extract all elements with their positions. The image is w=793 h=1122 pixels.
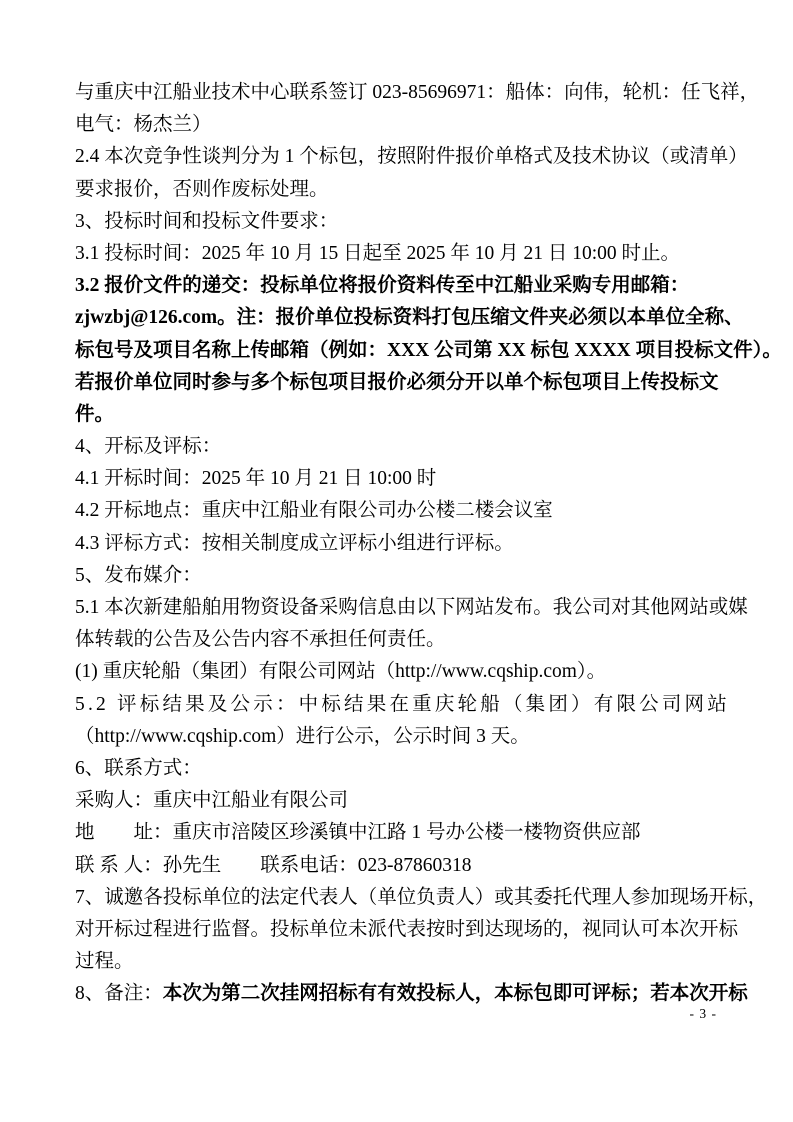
document-line: 与重庆中江船业技术中心联系签订 023-85696971：船体：向伟，轮机：任飞… bbox=[75, 77, 720, 109]
document-text: 3.1 投标时间：2025 年 10 月 15 日起至 2025 年 10 月 … bbox=[75, 243, 680, 264]
document-line: 7、诚邀各投标单位的法定代表人（单位负责人）或其委托代理人参加现场开标， bbox=[75, 882, 720, 914]
document-text-bold: zjwzbj@126.com。注：报价单位投标资料打包压缩文件夹必须以本单位全称… bbox=[75, 307, 744, 328]
document-text: (1) 重庆轮船（集团）有限公司网站（http://www.cqship.com… bbox=[75, 661, 606, 682]
document-line: 要求报价，否则作废标处理。 bbox=[75, 174, 720, 206]
document-line: 4.2 开标地点：重庆中江船业有限公司办公楼二楼会议室 bbox=[75, 495, 720, 527]
document-line: 4、开标及评标： bbox=[75, 431, 720, 463]
document-text: 3、投标时间和投标文件要求： bbox=[75, 211, 338, 232]
document-line: 电气：杨杰兰） bbox=[75, 109, 720, 141]
document-text-bold: 若报价单位同时参与多个标包项目报价必须分开以单个标包项目上传投标文 bbox=[75, 372, 719, 393]
document-page: 与重庆中江船业技术中心联系签订 023-85696971：船体：向伟，轮机：任飞… bbox=[0, 0, 793, 1122]
document-line: 标包号及项目名称上传邮箱（例如：XXX 公司第 XX 标包 XXXX 项目投标文… bbox=[75, 335, 720, 367]
document-text: 采购人：重庆中江船业有限公司 bbox=[75, 790, 348, 811]
document-text: 6、联系方式： bbox=[75, 758, 202, 779]
document-line: 2.4 本次竞争性谈判分为 1 个标包，按照附件报价单格式及技术协议（或清单） bbox=[75, 141, 720, 173]
document-line: 采购人：重庆中江船业有限公司 bbox=[75, 785, 720, 817]
document-line: 3.1 投标时间：2025 年 10 月 15 日起至 2025 年 10 月 … bbox=[75, 238, 720, 270]
document-line: 3.2 报价文件的递交：投标单位将报价资料传至中江船业采购专用邮箱： bbox=[75, 270, 720, 302]
document-text: 4.2 开标地点：重庆中江船业有限公司办公楼二楼会议室 bbox=[75, 500, 553, 521]
document-text-bold: 标包号及项目名称上传邮箱（例如：XXX 公司第 XX 标包 XXXX 项目投标文… bbox=[75, 340, 782, 361]
document-text: （http://www.cqship.com）进行公示，公示时间 3 天。 bbox=[75, 726, 530, 747]
document-text-bold: 件。 bbox=[75, 404, 114, 425]
document-line: zjwzbj@126.com。注：报价单位投标资料打包压缩文件夹必须以本单位全称… bbox=[75, 302, 720, 334]
document-text: 联 系 人：孙先生 联系电话：023-87860318 bbox=[75, 855, 472, 876]
document-line: 5.1 本次新建船舶用物资设备采购信息由以下网站发布。我公司对其他网站或媒 bbox=[75, 592, 720, 624]
document-text: 地 址：重庆市涪陵区珍溪镇中江路 1 号办公楼一楼物资供应部 bbox=[75, 822, 641, 843]
document-text-bold: 本次为第二次挂网招标有有效投标人，本标包即可评标；若本次开标 bbox=[163, 983, 748, 1004]
document-line: 过程。 bbox=[75, 946, 720, 978]
page-number: - 3 - bbox=[690, 1004, 718, 1024]
document-line: 3、投标时间和投标文件要求： bbox=[75, 206, 720, 238]
document-line: 8、备注：本次为第二次挂网招标有有效投标人，本标包即可评标；若本次开标 bbox=[75, 978, 720, 1010]
document-line: (1) 重庆轮船（集团）有限公司网站（http://www.cqship.com… bbox=[75, 656, 720, 688]
document-line: 体转载的公告及公告内容不承担任何责任。 bbox=[75, 624, 720, 656]
document-text: 与重庆中江船业技术中心联系签订 023-85696971：船体：向伟，轮机：任飞… bbox=[75, 82, 759, 103]
document-line: 4.1 开标时间：2025 年 10 月 21 日 10:00 时 bbox=[75, 463, 720, 495]
document-text: 5.2 评标结果及公示：中标结果在重庆轮船（集团）有限公司网站 bbox=[75, 694, 730, 715]
document-text: 过程。 bbox=[75, 951, 134, 972]
document-text-bold: 3.2 报价文件的递交：投标单位将报价资料传至中江船业采购专用邮箱： bbox=[75, 275, 689, 296]
document-line: 对开标过程进行监督。投标单位未派代表按时到达现场的，视同认可本次开标 bbox=[75, 914, 720, 946]
document-line: 6、联系方式： bbox=[75, 753, 720, 785]
document-text: 5.1 本次新建船舶用物资设备采购信息由以下网站发布。我公司对其他网站或媒 bbox=[75, 597, 748, 618]
document-text: 要求报价，否则作废标处理。 bbox=[75, 179, 329, 200]
document-line: （http://www.cqship.com）进行公示，公示时间 3 天。 bbox=[75, 721, 720, 753]
document-text: 2.4 本次竞争性谈判分为 1 个标包，按照附件报价单格式及技术协议（或清单） bbox=[75, 146, 748, 167]
document-line: 5.2 评标结果及公示：中标结果在重庆轮船（集团）有限公司网站 bbox=[75, 689, 720, 721]
document-line: 4.3 评标方式：按相关制度成立评标小组进行评标。 bbox=[75, 528, 720, 560]
document-line: 5、发布媒介： bbox=[75, 560, 720, 592]
document-text: 8、备注： bbox=[75, 983, 163, 1004]
document-text: 4.1 开标时间：2025 年 10 月 21 日 10:00 时 bbox=[75, 468, 436, 489]
document-text: 5、发布媒介： bbox=[75, 565, 202, 586]
document-text: 4.3 评标方式：按相关制度成立评标小组进行评标。 bbox=[75, 533, 514, 554]
document-line: 件。 bbox=[75, 399, 720, 431]
document-text: 体转载的公告及公告内容不承担任何责任。 bbox=[75, 629, 446, 650]
document-line: 联 系 人：孙先生 联系电话：023-87860318 bbox=[75, 850, 720, 882]
document-text: 4、开标及评标： bbox=[75, 436, 221, 457]
document-content: 与重庆中江船业技术中心联系签订 023-85696971：船体：向伟，轮机：任飞… bbox=[75, 77, 720, 1010]
document-text: 电气：杨杰兰） bbox=[75, 114, 212, 135]
document-text: 对开标过程进行监督。投标单位未派代表按时到达现场的，视同认可本次开标 bbox=[75, 919, 738, 940]
document-text: 7、诚邀各投标单位的法定代表人（单位负责人）或其委托代理人参加现场开标， bbox=[75, 887, 767, 908]
document-line: 地 址：重庆市涪陵区珍溪镇中江路 1 号办公楼一楼物资供应部 bbox=[75, 817, 720, 849]
document-line: 若报价单位同时参与多个标包项目报价必须分开以单个标包项目上传投标文 bbox=[75, 367, 720, 399]
